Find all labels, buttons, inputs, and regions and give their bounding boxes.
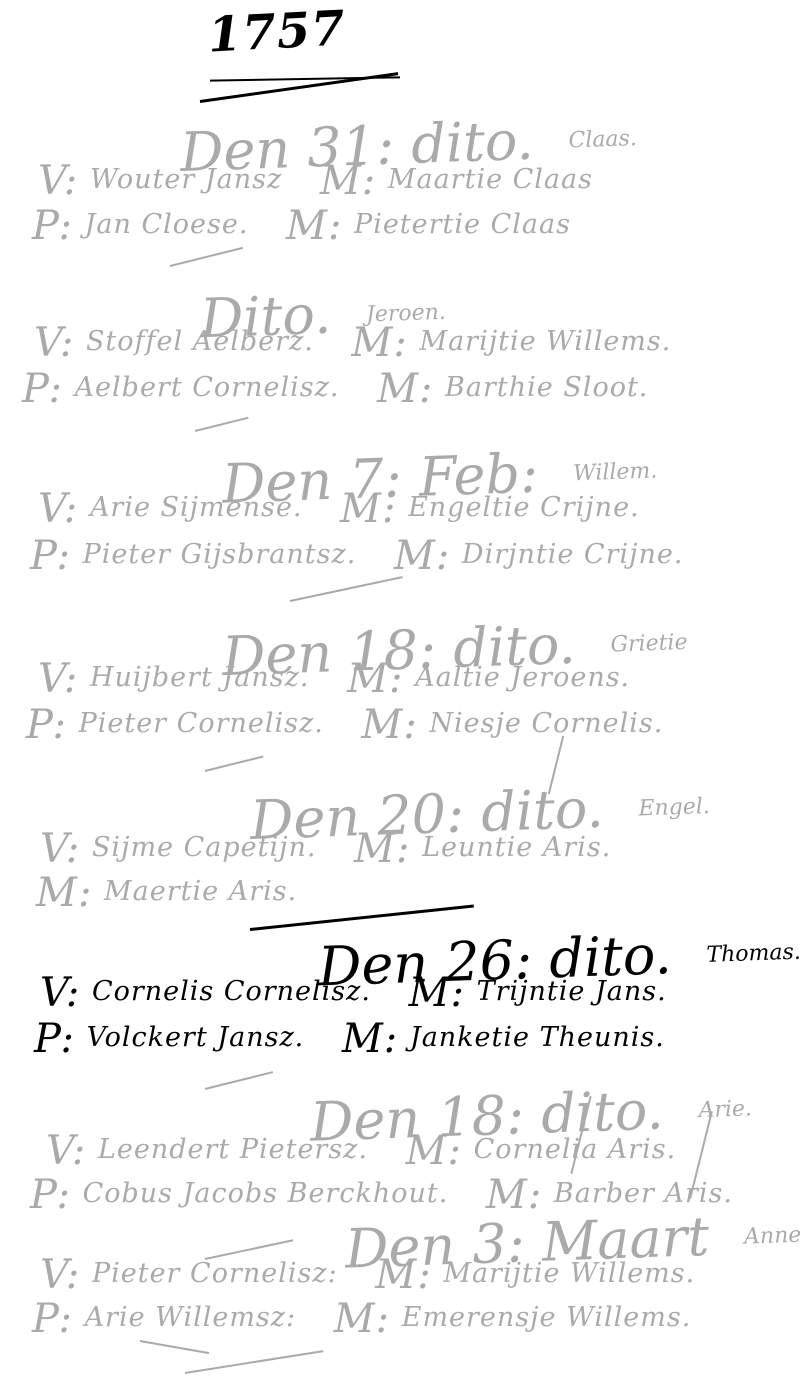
mother-name: Marijtie Willems. bbox=[419, 326, 671, 357]
witness-m-name: Barthie Sloot. bbox=[445, 372, 648, 403]
child-name: Willem. bbox=[573, 458, 658, 486]
witness-prefix: P: bbox=[22, 366, 63, 412]
witness-m-name: Maertie Aris. bbox=[104, 876, 297, 907]
father-prefix: V: bbox=[40, 826, 80, 872]
witness-name: Volckert Jansz. bbox=[87, 1022, 305, 1053]
child-name: Claas. bbox=[568, 126, 637, 153]
witness-m-name: Dirjntie Crijne. bbox=[462, 539, 684, 570]
witnesses-line: P: Aelbert Cornelisz. M: Barthie Sloot. bbox=[22, 366, 648, 412]
witness-m-name: Emerensje Willems. bbox=[402, 1302, 692, 1333]
witness-m-prefix: M: bbox=[377, 366, 433, 412]
heading-flourish bbox=[200, 72, 398, 103]
mother-prefix: M: bbox=[320, 158, 376, 204]
parents-line: V: Cornelis Cornelisz. M: Trijntie Jans. bbox=[40, 970, 667, 1016]
mother-name: Leuntie Aris. bbox=[422, 832, 611, 863]
mother-prefix: M: bbox=[347, 656, 403, 702]
witness-name: Aelbert Cornelisz. bbox=[75, 372, 340, 403]
witness-m-prefix: M: bbox=[334, 1296, 390, 1342]
mother-prefix: M: bbox=[406, 1128, 462, 1174]
child-name: Arie. bbox=[698, 1096, 752, 1123]
witness-prefix: P: bbox=[26, 702, 67, 748]
father-name: Sijme Capetijn. bbox=[92, 832, 317, 863]
separator-flourish bbox=[290, 576, 403, 602]
child-name: Grietie bbox=[610, 630, 688, 658]
separator-flourish bbox=[205, 756, 264, 772]
mother-name: Trijntie Jans. bbox=[477, 976, 667, 1007]
father-name: Pieter Cornelisz: bbox=[92, 1258, 338, 1289]
witness-name: Cobus Jacobs Berckhout. bbox=[83, 1178, 449, 1209]
mother-name: Marijtie Willems. bbox=[443, 1258, 695, 1289]
father-prefix: V: bbox=[40, 1252, 80, 1298]
father-name: Cornelis Cornelisz. bbox=[92, 976, 371, 1007]
parents-line: V: Huijbert Jansz. M: Aaltie Jeroens. bbox=[38, 656, 630, 702]
father-prefix: V: bbox=[40, 970, 80, 1016]
witness-m-prefix: M: bbox=[286, 203, 342, 249]
witness-name: Pieter Cornelisz. bbox=[79, 708, 324, 739]
mother-prefix: M: bbox=[375, 1252, 431, 1298]
father-name: Arie Sijmense. bbox=[90, 492, 303, 523]
witnesses-line: P: Jan Cloese. M: Pietertie Claas bbox=[32, 203, 571, 249]
separator-flourish bbox=[205, 1071, 273, 1090]
closing-flourish bbox=[140, 1340, 209, 1354]
parents-line: V: Sijme Capetijn. M: Leuntie Aris. bbox=[40, 826, 611, 872]
mother-prefix: M: bbox=[409, 970, 465, 1016]
witness-prefix: P: bbox=[30, 533, 71, 579]
mother-prefix: M: bbox=[351, 320, 407, 366]
child-name: Thomas. bbox=[706, 940, 800, 968]
child-name: Engel. bbox=[638, 794, 710, 821]
witness-m-prefix: M: bbox=[394, 533, 450, 579]
register-page: 1757 Den 31: dito. Claas. V: Wouter Jans… bbox=[0, 0, 800, 1389]
father-name: Stoffel Aelberz. bbox=[86, 326, 314, 357]
father-prefix: V: bbox=[38, 656, 78, 702]
witness-name: Pieter Gijsbrantsz. bbox=[83, 539, 357, 570]
parents-line: V: Arie Sijmense. M: Engeltie Crijne. bbox=[38, 486, 640, 532]
child-name: Annetie. bbox=[744, 1221, 800, 1249]
year-heading: 1757 bbox=[207, 0, 347, 63]
witnesses-line: P: Volckert Jansz. M: Janketie Theunis. bbox=[34, 1016, 665, 1062]
witness-name: Jan Cloese. bbox=[85, 209, 249, 240]
father-name: Leendert Pietersz. bbox=[98, 1134, 368, 1165]
parents-line: V: Stoffel Aelberz. M: Marijtie Willems. bbox=[34, 320, 671, 366]
witness-m-prefix: M: bbox=[36, 870, 92, 916]
father-prefix: V: bbox=[38, 158, 78, 204]
father-prefix: V: bbox=[38, 486, 78, 532]
separator-flourish bbox=[195, 417, 249, 432]
mother-prefix: M: bbox=[354, 826, 410, 872]
witnesses-line: P: Pieter Gijsbrantsz. M: Dirjntie Crijn… bbox=[30, 533, 683, 579]
mother-name: Maartie Claas bbox=[388, 164, 593, 195]
witness-prefix: P: bbox=[32, 203, 73, 249]
mother-prefix: M: bbox=[340, 486, 396, 532]
witness-name: Arie Willemsz: bbox=[85, 1302, 297, 1333]
mother-name: Aaltie Jeroens. bbox=[415, 662, 630, 693]
witness-m-prefix: M: bbox=[342, 1016, 398, 1062]
witness-prefix: P: bbox=[30, 1172, 71, 1218]
father-name: Huijbert Jansz. bbox=[90, 662, 310, 693]
witnesses-line: M: Maertie Aris. bbox=[36, 870, 297, 916]
witness-m-name: Niesje Cornelis. bbox=[429, 708, 663, 739]
father-prefix: V: bbox=[46, 1128, 86, 1174]
parents-line: V: Pieter Cornelisz: M: Marijtie Willems… bbox=[40, 1252, 695, 1298]
witness-prefix: P: bbox=[32, 1296, 73, 1342]
father-name: Wouter Jansz bbox=[90, 164, 282, 195]
witnesses-line: P: Arie Willemsz: M: Emerensje Willems. bbox=[32, 1296, 691, 1342]
witness-m-name: Pietertie Claas bbox=[354, 209, 571, 240]
father-prefix: V: bbox=[34, 320, 74, 366]
separator-flourish bbox=[170, 247, 243, 267]
witness-m-name: Janketie Theunis. bbox=[410, 1022, 665, 1053]
mother-name: Engeltie Crijne. bbox=[408, 492, 640, 523]
witness-prefix: P: bbox=[34, 1016, 75, 1062]
witnesses-line: P: Pieter Cornelisz. M: Niesje Cornelis. bbox=[26, 702, 663, 748]
parents-line: V: Wouter Jansz M: Maartie Claas bbox=[38, 158, 593, 204]
witness-m-prefix: M: bbox=[361, 702, 417, 748]
